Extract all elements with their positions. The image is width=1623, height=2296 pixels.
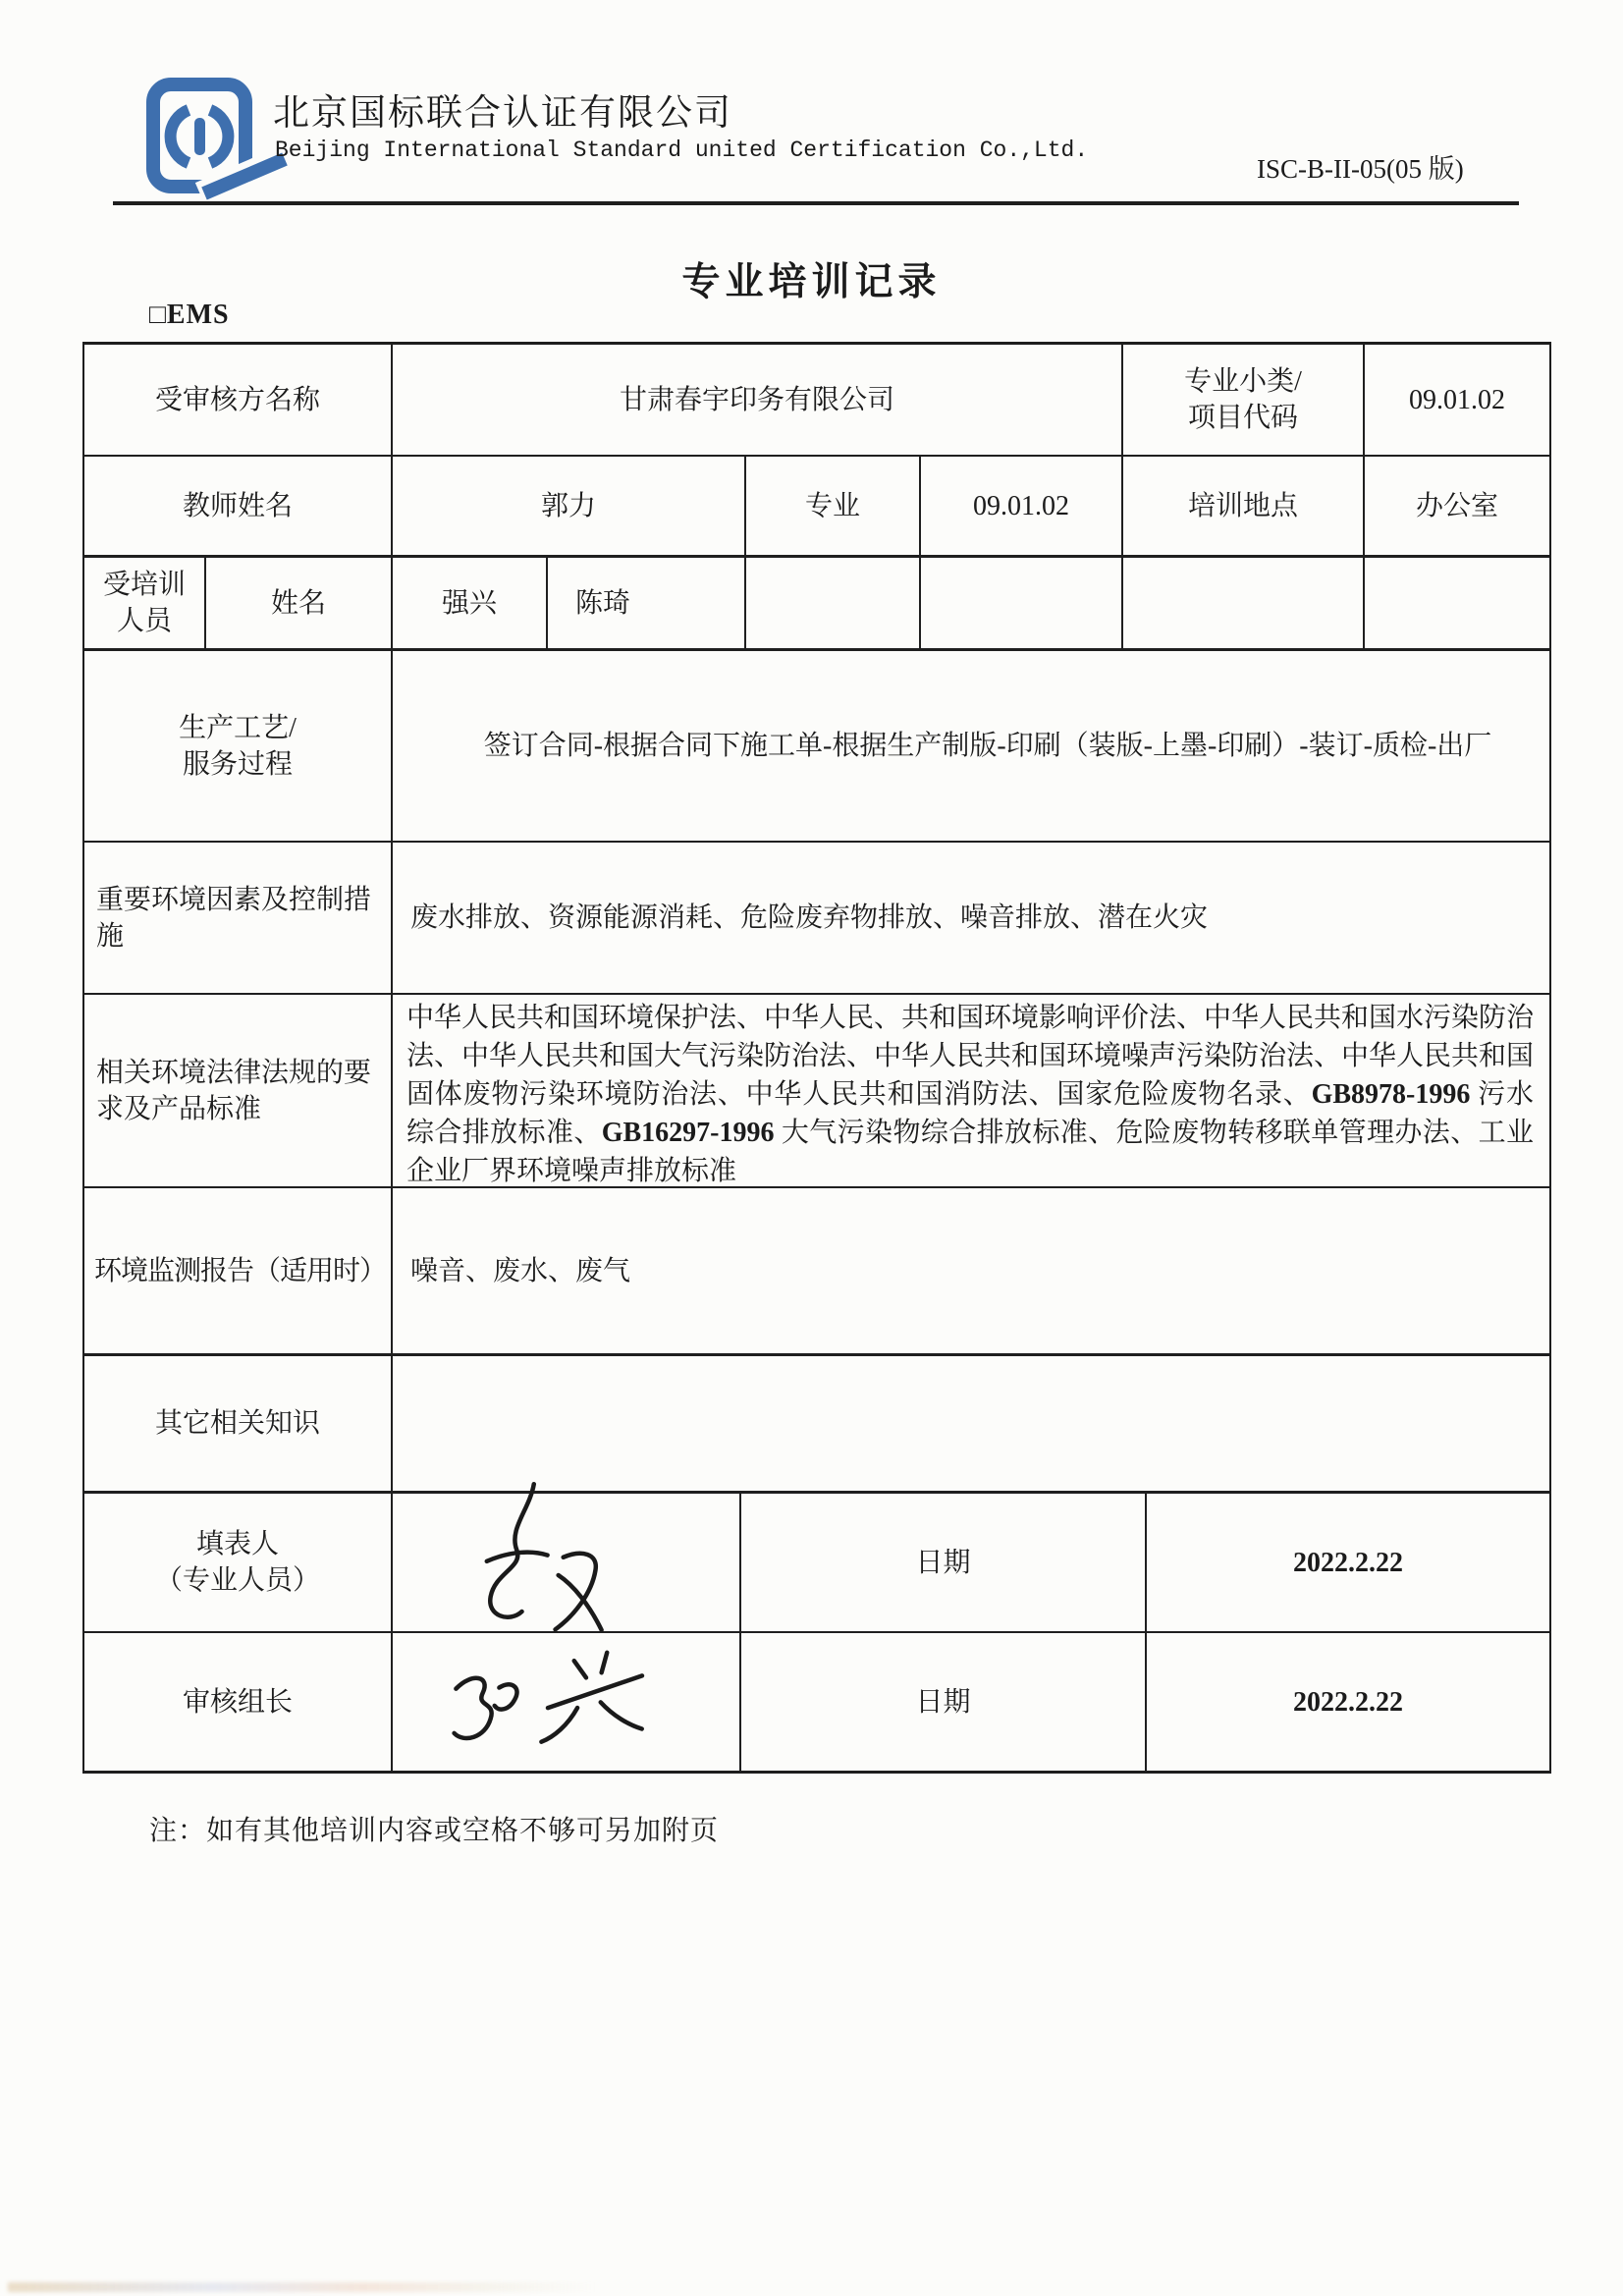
certifier-name-cn: 北京国标联合认证有限公司 xyxy=(273,82,732,136)
table-row-other: 其它相关知识 xyxy=(84,1356,1549,1494)
filler-label: 填表人 （专业人员） xyxy=(155,1526,320,1599)
ems-checkbox: □EMS xyxy=(149,300,230,331)
major-label: 专业 xyxy=(805,488,860,524)
leader-date-value: 2022.2.22 xyxy=(1293,1684,1403,1721)
trainee-name-1: 强兴 xyxy=(442,585,497,622)
trainee-empty-cell xyxy=(1365,558,1549,648)
leader-signature-cell xyxy=(393,1633,741,1771)
other-label: 其它相关知识 xyxy=(155,1405,320,1442)
table-row-teacher: 教师姓名 郭力 专业 09.01.02 培训地点 办公室 xyxy=(84,457,1549,558)
env-factors-value: 废水排放、资源能源消耗、危险废弃物排放、噪音排放、潜在火灾 xyxy=(410,900,1208,936)
major-value: 09.01.02 xyxy=(973,488,1069,524)
process-label: 生产工艺/ 服务过程 xyxy=(179,710,297,783)
teacher-value: 郭力 xyxy=(541,488,596,524)
table-row-trainees: 受培训 人员 姓名 强兴 陈琦 xyxy=(84,558,1549,651)
auditee-value: 甘肃春宇印务有限公司 xyxy=(620,382,894,418)
ems-label: EMS xyxy=(167,300,230,330)
table-row-process: 生产工艺/ 服务过程 签订合同-根据合同下施工单-根据生产制版-印刷（装版-上墨… xyxy=(84,651,1549,843)
trainee-name-label: 姓名 xyxy=(271,585,326,622)
monitoring-value: 噪音、废水、废气 xyxy=(410,1253,630,1289)
trainee-empty-cell xyxy=(921,558,1123,648)
table-row-env-factors: 重要环境因素及控制措 施 废水排放、资源能源消耗、危险废弃物排放、噪音排放、潜在… xyxy=(84,843,1549,995)
table-row-monitoring: 环境监测报告（适用时） 噪音、废水、废气 xyxy=(84,1188,1549,1356)
category-value: 09.01.02 xyxy=(1409,382,1505,418)
table-row-leader: 审核组长 日期 xyxy=(84,1633,1549,1771)
form-code: ISC-B-II-05(05 版) xyxy=(1257,147,1464,186)
location-value: 办公室 xyxy=(1416,488,1498,524)
header-divider xyxy=(113,201,1519,205)
trainee-empty-cell xyxy=(746,558,921,648)
footer-note: 注：如有其他培训内容或空格不够可另加附页 xyxy=(149,1809,719,1848)
trainee-empty-cell xyxy=(1123,558,1365,648)
laws-value: 中华人民共和国环境保护法、中华人民、共和国环境影响评价法、中华人民共和国水污染防… xyxy=(393,995,1549,1190)
location-label: 培训地点 xyxy=(1188,488,1298,524)
table-row-laws: 相关环境法律法规的要 求及产品标准 中华人民共和国环境保护法、中华人民、共和国环… xyxy=(84,995,1549,1188)
certifier-name-en: Beijing International Standard united Ce… xyxy=(275,137,1088,163)
category-label: 专业小类/ 项目代码 xyxy=(1184,363,1302,436)
monitoring-label: 环境监测报告（适用时） xyxy=(94,1253,386,1289)
filler-signature xyxy=(422,1480,717,1647)
trainee-label: 受培训 人员 xyxy=(103,567,186,639)
filler-date-value: 2022.2.22 xyxy=(1293,1545,1403,1581)
leader-label: 审核组长 xyxy=(183,1684,293,1721)
table-row-filler: 填表人 （专业人员） 日期 2022.2.2 xyxy=(84,1494,1549,1633)
filler-date-label: 日期 xyxy=(915,1545,970,1581)
leader-date-label: 日期 xyxy=(915,1684,970,1721)
auditee-label: 受审核方名称 xyxy=(155,382,320,418)
leader-signature xyxy=(422,1639,717,1806)
laws-label: 相关环境法律法规的要 求及产品标准 xyxy=(96,1055,371,1127)
trainee-name-2: 陈琦 xyxy=(575,585,630,622)
filler-signature-cell xyxy=(393,1494,741,1631)
process-value: 签订合同-根据合同下施工单-根据生产制版-印刷（装版-上墨-印刷）-装订-质检-… xyxy=(484,728,1492,764)
page-title: 专业培训记录 xyxy=(0,251,1623,306)
table-row-auditee: 受审核方名称 甘肃春宇印务有限公司 专业小类/ 项目代码 09.01.02 xyxy=(84,345,1549,457)
scanned-training-record-page: 北京国标联合认证有限公司 Beijing International Stand… xyxy=(0,0,1623,2296)
checkbox-square-icon: □ xyxy=(149,300,167,330)
env-factors-label: 重要环境因素及控制措 施 xyxy=(96,882,371,955)
page-bleed-artifact xyxy=(8,2282,597,2292)
training-record-table: 受审核方名称 甘肃春宇印务有限公司 专业小类/ 项目代码 09.01.02 教师… xyxy=(82,342,1551,1774)
teacher-label: 教师姓名 xyxy=(183,488,293,524)
